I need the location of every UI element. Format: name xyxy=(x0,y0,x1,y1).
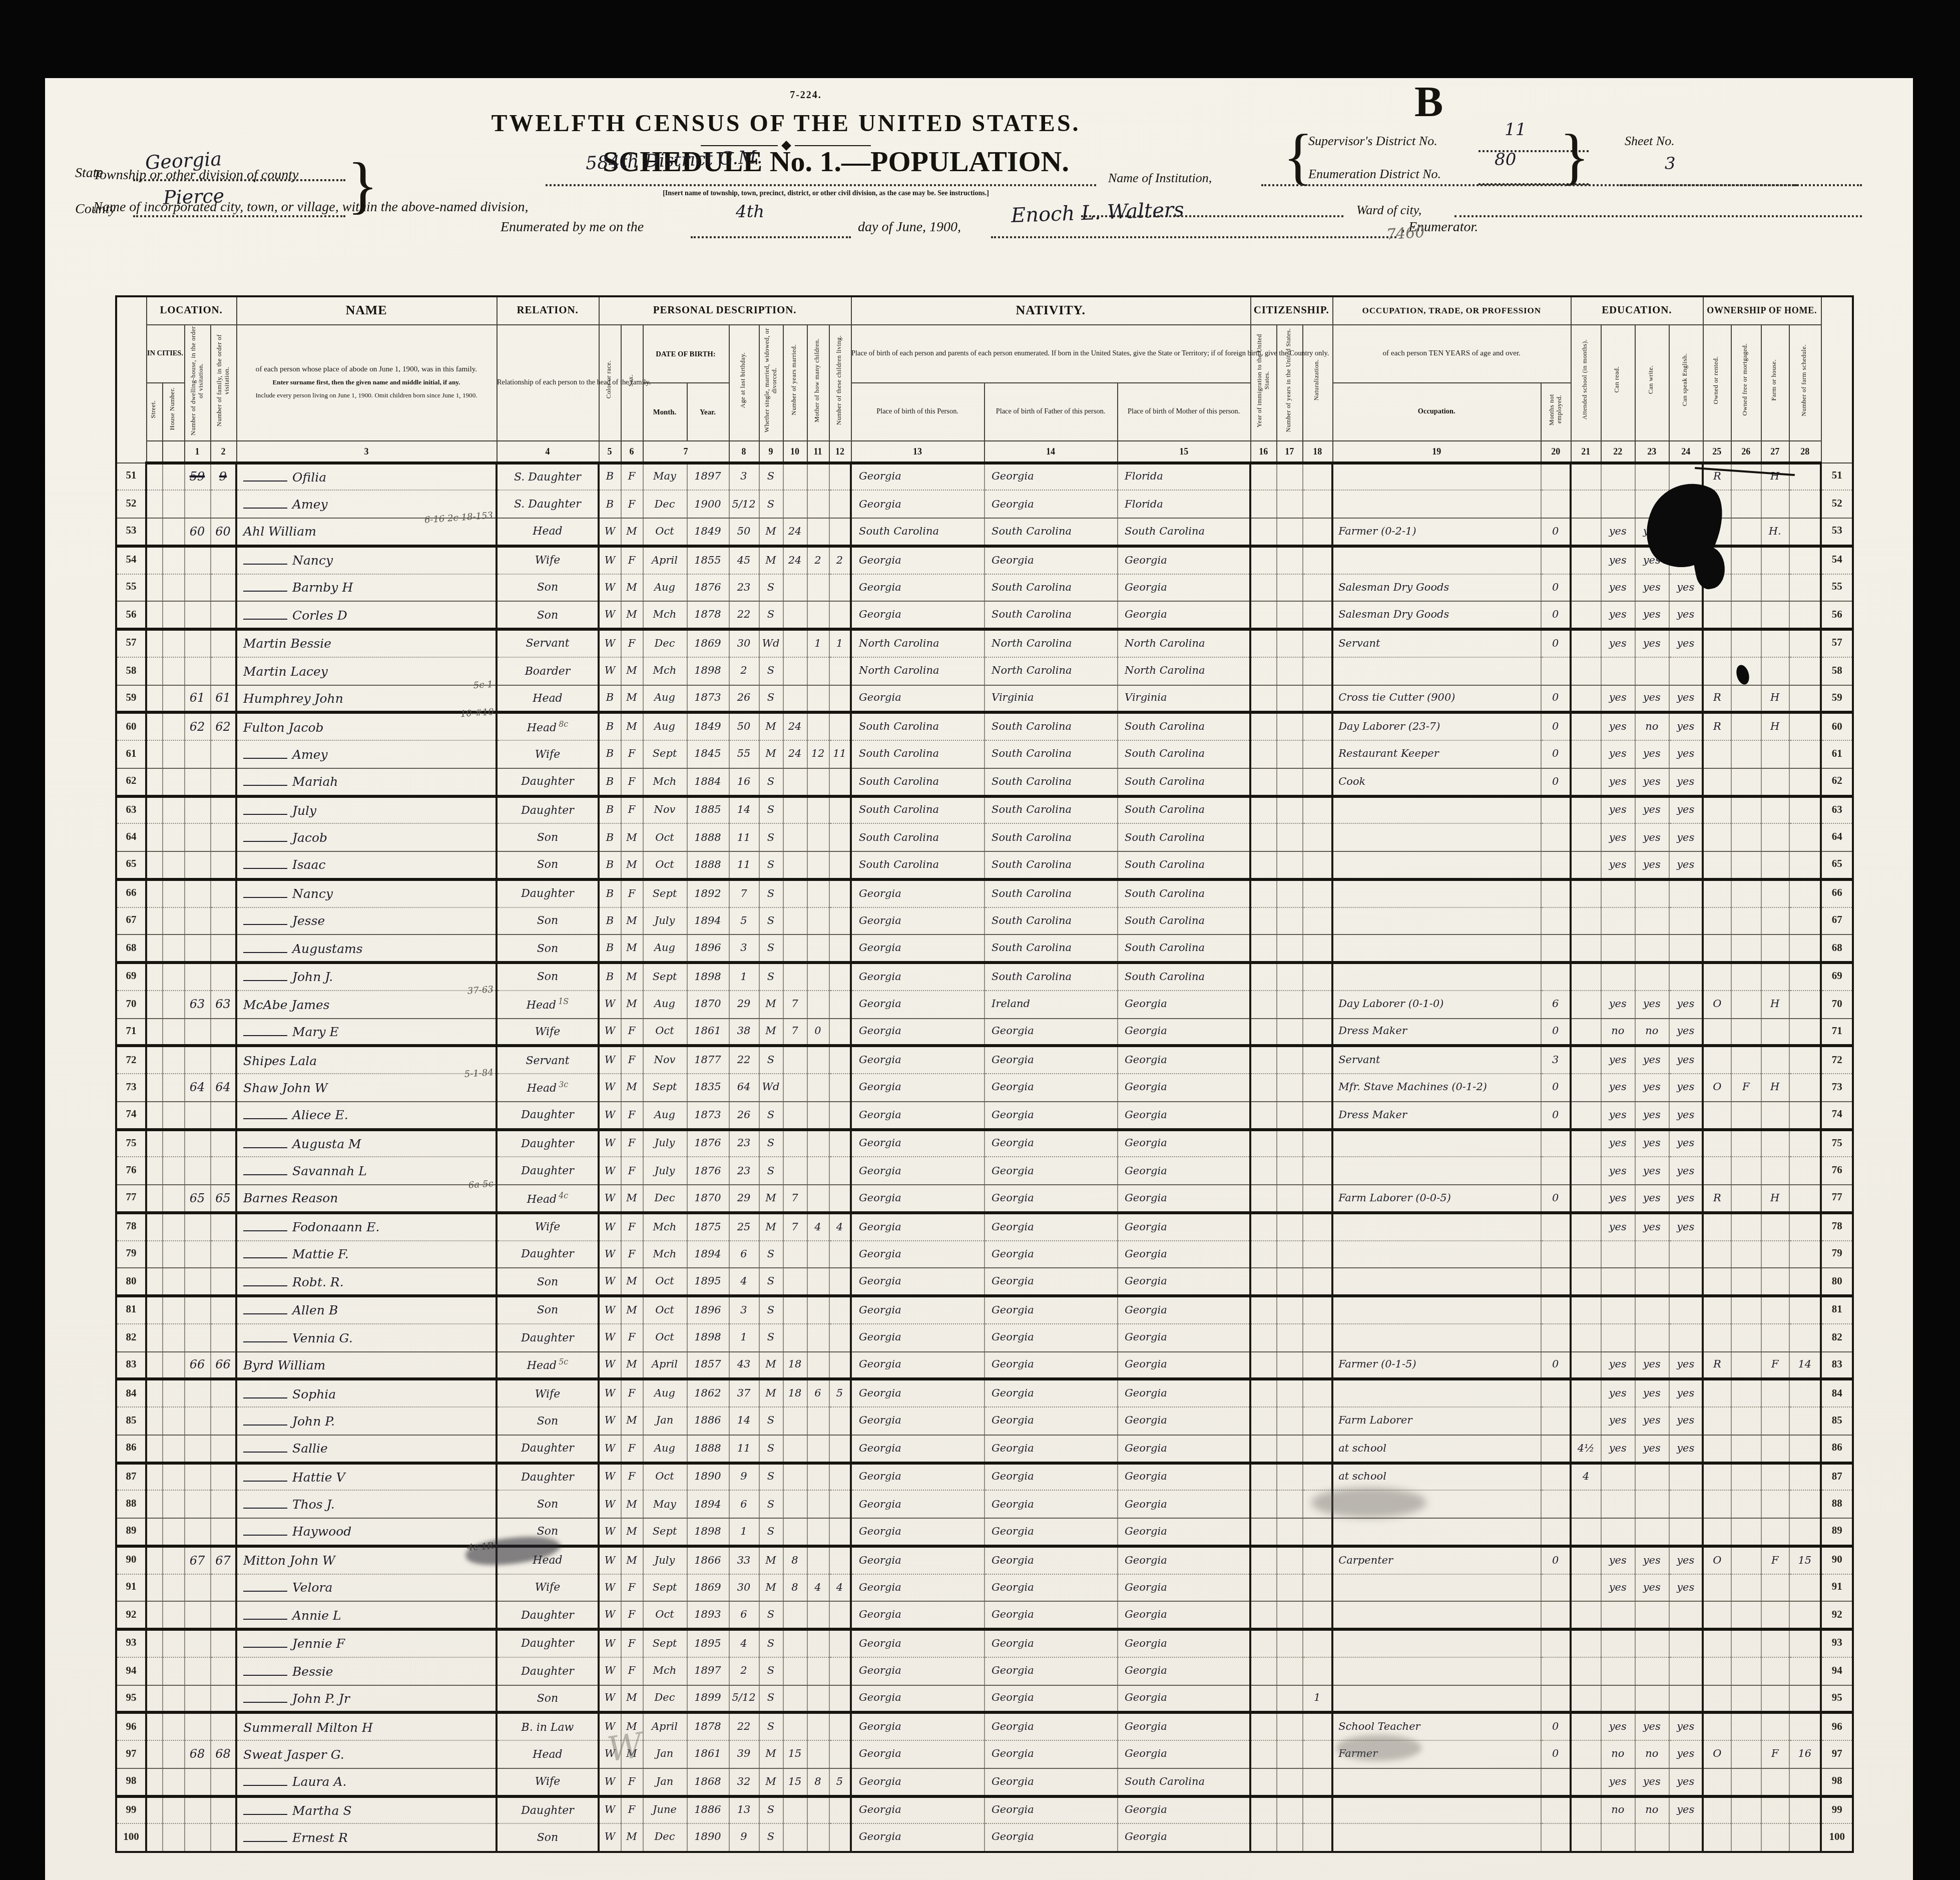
cell-age-60: 50 xyxy=(729,713,759,741)
cell-yu-86 xyxy=(1276,1435,1302,1463)
cell-value: M xyxy=(765,1026,776,1038)
cell-or-58 xyxy=(1703,657,1731,685)
cell-value: S xyxy=(767,942,774,954)
cell-value: 9 xyxy=(740,1471,747,1483)
cell-value: 65 xyxy=(215,1191,231,1205)
cell-wr-69 xyxy=(1635,963,1669,991)
cell-by-81: 1896 xyxy=(687,1296,729,1324)
cell-mc-65 xyxy=(807,851,829,879)
cell-s-80: M xyxy=(621,1268,643,1296)
cell-rd-99: no xyxy=(1601,1796,1635,1824)
cell-bm-74: Aug xyxy=(643,1102,687,1130)
family-label: Number of family, in the order of visita… xyxy=(216,325,230,435)
cell-bp-68: Georgia xyxy=(851,935,984,963)
cell-value: 22 xyxy=(737,1054,751,1066)
relation-value: Wife xyxy=(535,1775,560,1788)
cell-iy-71 xyxy=(1250,1018,1276,1046)
cell-name-91: Velora xyxy=(236,1574,497,1602)
cell-value: 5 xyxy=(836,1387,843,1399)
cell-value: yes xyxy=(1677,1804,1694,1816)
ditto-dash xyxy=(243,472,287,482)
cell-value: M xyxy=(626,526,637,538)
cell-value: W xyxy=(605,1192,616,1204)
cell-iy-100 xyxy=(1250,1824,1276,1852)
cell-fs-81 xyxy=(1789,1296,1821,1324)
cell-rd-66 xyxy=(1601,879,1635,907)
cell-value: 23 xyxy=(737,1138,751,1150)
cell-sch-96 xyxy=(1571,1713,1601,1741)
cell-value: yes xyxy=(1677,1748,1694,1760)
cell-na-86 xyxy=(1302,1435,1332,1463)
cell-c-86: W xyxy=(599,1435,621,1463)
cell-om-78 xyxy=(1731,1213,1761,1241)
cell-hn-68 xyxy=(162,935,184,963)
cell-value: Georgia xyxy=(1125,1748,1167,1760)
cell-age-88: 6 xyxy=(729,1491,759,1519)
cell-iy-89 xyxy=(1250,1518,1276,1546)
cell-ms-83: M xyxy=(759,1351,783,1379)
cell-value: yes xyxy=(1643,831,1661,843)
cell-cl-88 xyxy=(829,1491,851,1519)
cell-fa-67 xyxy=(210,907,236,935)
line-number-right: 81 xyxy=(1821,1296,1853,1324)
cell-or-100 xyxy=(1703,1824,1731,1852)
cell-om-72 xyxy=(1731,1046,1761,1074)
cell-om-69 xyxy=(1731,963,1761,991)
pencil-annotation: 37-63 xyxy=(467,985,494,997)
cell-mc-81 xyxy=(807,1296,829,1324)
cell-name-96: Summerall Milton H xyxy=(236,1713,497,1741)
cell-mp-73: Georgia xyxy=(1117,1074,1250,1102)
cell-fh-91 xyxy=(1761,1574,1789,1602)
cell-occ-92 xyxy=(1332,1602,1541,1630)
cell-fa-63 xyxy=(210,796,236,824)
cell-yu-52 xyxy=(1276,491,1302,519)
cell-bm-95: Dec xyxy=(643,1685,687,1713)
cell-value: W xyxy=(605,638,616,650)
cell-ms-82: S xyxy=(759,1324,783,1352)
cell-str-75 xyxy=(146,1129,162,1157)
cell-value: Georgia xyxy=(859,471,901,483)
col-number: 1 xyxy=(184,440,210,462)
cell-hn-87 xyxy=(162,1463,184,1491)
cell-fa-62 xyxy=(210,768,236,796)
cell-occ-81 xyxy=(1332,1296,1541,1324)
line-number-right: 91 xyxy=(1821,1574,1853,1602)
cell-yu-99 xyxy=(1276,1796,1302,1824)
enumerated-day-line xyxy=(691,236,851,238)
cell-ym-70: 7 xyxy=(783,991,807,1019)
cell-fp-86: Georgia xyxy=(984,1435,1117,1463)
cell-value: Georgia xyxy=(859,1387,901,1399)
cell-yu-54 xyxy=(1276,546,1302,574)
cell-hn-95 xyxy=(162,1685,184,1713)
cell-value: 0 xyxy=(814,1026,821,1038)
cell-dw-54 xyxy=(184,546,210,574)
cell-value: July xyxy=(655,915,675,927)
cell-bm-72: Nov xyxy=(643,1046,687,1074)
cell-or-56 xyxy=(1703,602,1731,630)
cell-en-83: yes xyxy=(1669,1351,1703,1379)
cell-value: Servant xyxy=(1338,638,1380,650)
cell-c-66: B xyxy=(599,879,621,907)
cell-yu-68 xyxy=(1276,935,1302,963)
cell-ym-78: 7 xyxy=(783,1213,807,1241)
cell-wr-82 xyxy=(1635,1324,1669,1352)
line-number-right: 63 xyxy=(1821,796,1853,824)
cell-fp-56: South Carolina xyxy=(984,602,1117,630)
cell-by-90: 1866 xyxy=(687,1546,729,1574)
cell-value: 3 xyxy=(740,942,747,954)
table-row: 65IsaacSonBMOct188811SSouth CarolinaSout… xyxy=(116,851,1853,879)
cell-ms-75: S xyxy=(759,1129,783,1157)
cell-rd-89 xyxy=(1601,1518,1635,1546)
cell-value: yes xyxy=(1643,748,1661,760)
cell-value: Georgia xyxy=(992,1748,1034,1760)
cell-fs-92 xyxy=(1789,1602,1821,1630)
cell-c-76: W xyxy=(599,1157,621,1185)
cell-by-96: 1878 xyxy=(687,1713,729,1741)
cell-value: Carpenter xyxy=(1338,1554,1393,1566)
cell-value: yes xyxy=(1643,775,1661,787)
cell-iy-99 xyxy=(1250,1796,1276,1824)
cell-value: July xyxy=(655,1554,675,1566)
table-row: 736464Shaw John W5-1-84Head3cWMSept18356… xyxy=(116,1074,1853,1102)
supervisor-label: Supervisor's District No. xyxy=(1308,133,1437,149)
cell-occ-94 xyxy=(1332,1657,1541,1685)
cell-or-63 xyxy=(1703,796,1731,824)
cell-value: Georgia xyxy=(1125,1471,1167,1483)
ditto-dash xyxy=(243,1665,287,1675)
table-row: 75Augusta MDaughterWFJuly187623SGeorgiaG… xyxy=(116,1129,1853,1157)
cell-c-80: W xyxy=(599,1268,621,1296)
cell-ym-58 xyxy=(783,657,807,685)
person-name: Mattie F. xyxy=(292,1247,349,1262)
cell-value: S xyxy=(767,665,774,677)
cell-hn-52 xyxy=(162,491,184,519)
cell-dw-65 xyxy=(184,851,210,879)
cell-fs-79 xyxy=(1789,1240,1821,1268)
cell-value: yes xyxy=(1609,775,1627,787)
cell-wr-77: yes xyxy=(1635,1185,1669,1213)
census-title: TWELFTH CENSUS OF THE UNITED STATES. xyxy=(405,111,1166,138)
cell-value: South Carolina xyxy=(859,526,939,538)
cell-s-84: F xyxy=(621,1379,643,1407)
cell-om-96 xyxy=(1731,1713,1761,1741)
cell-mp-85: Georgia xyxy=(1117,1407,1250,1435)
cell-value: yes xyxy=(1609,1221,1627,1233)
cell-value: Georgia xyxy=(1125,1554,1167,1566)
name-desc-3: Include every person living on June 1, 1… xyxy=(237,392,496,400)
person-name: Thos J. xyxy=(292,1497,335,1512)
cell-value: 1890 xyxy=(694,1831,721,1843)
cell-yu-91 xyxy=(1276,1574,1302,1602)
cell-occ-72: Servant xyxy=(1332,1046,1541,1074)
cell-or-98 xyxy=(1703,1768,1731,1796)
cell-str-58 xyxy=(146,657,162,685)
cell-iy-67 xyxy=(1250,907,1276,935)
cell-value: 55 xyxy=(737,748,751,760)
cell-bp-92: Georgia xyxy=(851,1602,984,1630)
cell-dw-51: 59 xyxy=(184,462,210,491)
cell-str-71 xyxy=(146,1018,162,1046)
cell-ms-71: M xyxy=(759,1018,783,1046)
person-name: Isaac xyxy=(292,857,326,872)
cell-bm-60: Aug xyxy=(643,713,687,741)
cell-rd-95 xyxy=(1601,1685,1635,1713)
cell-mp-89: Georgia xyxy=(1117,1518,1250,1546)
cell-by-51: 1897 xyxy=(687,462,729,491)
cell-hn-80 xyxy=(162,1268,184,1296)
line-number-right: 100 xyxy=(1821,1824,1853,1852)
census-scan-page: 7-224. TWELFTH CENSUS OF THE UNITED STAT… xyxy=(0,0,1960,1880)
cell-bm-79: Mch xyxy=(643,1240,687,1268)
cell-fs-69 xyxy=(1789,963,1821,991)
cell-fh-93 xyxy=(1761,1629,1789,1657)
cell-value: Georgia xyxy=(1125,1721,1167,1733)
cell-c-81: W xyxy=(599,1296,621,1324)
cell-yu-63 xyxy=(1276,796,1302,824)
cell-en-98: yes xyxy=(1669,1768,1703,1796)
cell-value: Georgia xyxy=(859,1359,901,1371)
cell-value: North Carolina xyxy=(992,638,1072,650)
cell-fp-66: South Carolina xyxy=(984,879,1117,907)
cell-value: Georgia xyxy=(859,1221,901,1233)
ditto-dash xyxy=(243,1638,287,1648)
cell-age-64: 11 xyxy=(729,824,759,852)
line-number-left: 80 xyxy=(116,1268,146,1296)
cell-bp-80: Georgia xyxy=(851,1268,984,1296)
cell-value: Georgia xyxy=(859,1638,901,1650)
cell-bm-83: April xyxy=(643,1351,687,1379)
cell-fp-96: Georgia xyxy=(984,1713,1117,1741)
cell-fa-83: 66 xyxy=(210,1351,236,1379)
cell-value: South Carolina xyxy=(992,804,1072,816)
cell-c-91: W xyxy=(599,1574,621,1602)
cell-value: S xyxy=(767,1138,774,1150)
cell-value: May xyxy=(653,1498,676,1510)
cell-hn-79 xyxy=(162,1240,184,1268)
cell-value: S xyxy=(767,1304,774,1316)
cell-value: yes xyxy=(1609,1582,1627,1594)
cell-s-98: F xyxy=(621,1768,643,1796)
cell-value: F xyxy=(628,1165,636,1177)
line-number-left: 88 xyxy=(116,1491,146,1519)
cell-om-81 xyxy=(1731,1296,1761,1324)
cell-value: yes xyxy=(1609,692,1627,704)
cell-value: Sept xyxy=(653,887,677,899)
cell-sch-61 xyxy=(1571,740,1601,768)
cell-value: 3 xyxy=(740,471,747,483)
cell-mne-94 xyxy=(1541,1657,1571,1685)
cell-str-55 xyxy=(146,574,162,602)
cell-fa-85 xyxy=(210,1407,236,1435)
cell-str-60 xyxy=(146,713,162,741)
cell-om-94 xyxy=(1731,1657,1761,1685)
relation-value: Son xyxy=(537,858,559,871)
cell-rd-96: yes xyxy=(1601,1713,1635,1741)
cell-value: Georgia xyxy=(992,1192,1034,1204)
cell-name-94: Bessie xyxy=(236,1657,497,1685)
pencil-smudge-row97-occ xyxy=(1336,1735,1421,1761)
cell-value: yes xyxy=(1677,1082,1694,1094)
cell-ym-94 xyxy=(783,1657,807,1685)
cell-name-66: Nancy xyxy=(236,879,497,907)
cell-value: 1869 xyxy=(694,638,721,650)
cell-value: W xyxy=(605,1526,616,1538)
ditto-dash xyxy=(243,1026,287,1036)
cell-value: W xyxy=(605,1331,616,1343)
cell-bm-89: Sept xyxy=(643,1518,687,1546)
cell-value: 4½ xyxy=(1578,1442,1595,1454)
cell-rel-92: Daughter xyxy=(497,1602,599,1630)
cell-value: 1897 xyxy=(694,1665,721,1677)
cell-cl-95 xyxy=(829,1685,851,1713)
cell-yu-71 xyxy=(1276,1018,1302,1046)
cell-name-83: Byrd William xyxy=(236,1351,497,1379)
cell-dw-96 xyxy=(184,1713,210,1741)
line-number-left: 65 xyxy=(116,851,146,879)
line-number-right: 96 xyxy=(1821,1713,1853,1741)
cell-value: S xyxy=(767,915,774,927)
cell-ms-99: S xyxy=(759,1796,783,1824)
cell-na-63 xyxy=(1302,796,1332,824)
cell-value: 1895 xyxy=(694,1638,721,1650)
cell-na-69 xyxy=(1302,963,1332,991)
cell-wr-100 xyxy=(1635,1824,1669,1852)
cell-bp-62: South Carolina xyxy=(851,768,984,796)
pencil-annotation: 1S xyxy=(558,997,569,1006)
cell-value: 64 xyxy=(215,1081,231,1095)
cell-mne-95 xyxy=(1541,1685,1571,1713)
cell-rd-92 xyxy=(1601,1602,1635,1630)
cell-value: 15 xyxy=(788,1748,802,1760)
col-can-english: Can speak English. xyxy=(1669,324,1703,440)
cell-fs-71 xyxy=(1789,1018,1821,1046)
cell-iy-86 xyxy=(1250,1435,1276,1463)
cell-rel-72: Servant xyxy=(497,1046,599,1074)
cell-rd-55: yes xyxy=(1601,574,1635,602)
cell-sch-79 xyxy=(1571,1240,1601,1268)
cell-str-97 xyxy=(146,1740,162,1768)
cell-cl-66 xyxy=(829,879,851,907)
cell-by-95: 1899 xyxy=(687,1685,729,1713)
bp-mother-label: Place of birth of Mother of this person. xyxy=(1117,382,1250,440)
cell-value: no xyxy=(1645,721,1658,733)
cell-fa-64 xyxy=(210,824,236,852)
cell-sch-78 xyxy=(1571,1213,1601,1241)
line-number-left: 70 xyxy=(116,991,146,1019)
cell-value: 15 xyxy=(788,1775,802,1787)
cell-mp-70: Georgia xyxy=(1117,991,1250,1019)
cell-c-98: W xyxy=(599,1768,621,1796)
cell-rel-63: Daughter xyxy=(497,796,599,824)
cell-sch-52 xyxy=(1571,491,1601,519)
cell-hn-83 xyxy=(162,1351,184,1379)
cell-value: Dec xyxy=(654,1692,675,1704)
cell-iy-85 xyxy=(1250,1407,1276,1435)
cell-bm-90: July xyxy=(643,1546,687,1574)
cell-value: 66 xyxy=(190,1358,205,1372)
ward-label: Ward of city, xyxy=(1356,202,1421,218)
cell-wr-92 xyxy=(1635,1602,1669,1630)
cell-mne-63 xyxy=(1541,796,1571,824)
cell-dw-77: 65 xyxy=(184,1185,210,1213)
cell-ms-69: S xyxy=(759,963,783,991)
city-label: Name of incorporated city, town, or vill… xyxy=(93,200,528,216)
cell-dw-87 xyxy=(184,1463,210,1491)
cell-om-88 xyxy=(1731,1491,1761,1519)
cell-ms-59: S xyxy=(759,685,783,713)
cell-value: Georgia xyxy=(1125,1442,1167,1454)
cell-mp-57: North Carolina xyxy=(1117,629,1250,657)
cell-hn-74 xyxy=(162,1102,184,1130)
cell-value: South Carolina xyxy=(1125,775,1205,787)
cell-mc-57: 1 xyxy=(807,629,829,657)
cell-value: Georgia xyxy=(1125,1331,1167,1343)
cell-om-60 xyxy=(1731,713,1761,741)
cell-iy-55 xyxy=(1250,574,1276,602)
cell-na-91 xyxy=(1302,1574,1332,1602)
cell-name-88: Thos J. xyxy=(236,1491,497,1519)
cell-value: South Carolina xyxy=(1125,859,1205,871)
cell-name-86: Sallie xyxy=(236,1435,497,1463)
cell-bm-58: Mch xyxy=(643,657,687,685)
cell-wr-89 xyxy=(1635,1518,1669,1546)
cell-bp-76: Georgia xyxy=(851,1157,984,1185)
cell-value: B xyxy=(606,887,614,899)
cell-ym-52 xyxy=(783,491,807,519)
cell-rel-64: Son xyxy=(497,824,599,852)
cell-value: South Carolina xyxy=(992,582,1072,594)
cell-value: M xyxy=(626,971,637,983)
cell-value: 64 xyxy=(190,1081,205,1095)
cell-mc-72 xyxy=(807,1046,829,1074)
cell-value: R xyxy=(1713,721,1721,733)
cell-dw-90: 67 xyxy=(184,1546,210,1574)
cell-hn-64 xyxy=(162,824,184,852)
relation-value: Son xyxy=(537,1692,559,1705)
line-number-right: 68 xyxy=(1821,935,1853,963)
cell-wr-73: yes xyxy=(1635,1074,1669,1102)
cell-bm-67: July xyxy=(643,907,687,935)
cell-value: yes xyxy=(1609,1415,1627,1427)
cell-value: yes xyxy=(1609,554,1627,566)
cell-value: Wd xyxy=(762,1082,779,1094)
cell-rd-83: yes xyxy=(1601,1351,1635,1379)
person-name: Amey xyxy=(292,497,328,512)
supervisor-value: 11 xyxy=(1505,120,1526,140)
cell-value: Georgia xyxy=(992,1275,1034,1287)
cell-value: H xyxy=(1770,1082,1779,1094)
cell-fa-80 xyxy=(210,1268,236,1296)
cell-sch-67 xyxy=(1571,907,1601,935)
cell-by-84: 1862 xyxy=(687,1379,729,1407)
cell-s-74: F xyxy=(621,1102,643,1130)
cell-or-93 xyxy=(1703,1629,1731,1657)
cell-fh-62 xyxy=(1761,768,1789,796)
cell-bp-65: South Carolina xyxy=(851,851,984,879)
cell-bm-86: Aug xyxy=(643,1435,687,1463)
cell-str-99 xyxy=(146,1796,162,1824)
cell-age-71: 38 xyxy=(729,1018,759,1046)
cell-mp-58: North Carolina xyxy=(1117,657,1250,685)
cell-value: 1894 xyxy=(694,915,721,927)
cell-value: 1877 xyxy=(694,1054,721,1066)
cell-mp-66: South Carolina xyxy=(1117,879,1250,907)
cell-value: Georgia xyxy=(992,1248,1034,1260)
cell-or-99 xyxy=(1703,1796,1731,1824)
